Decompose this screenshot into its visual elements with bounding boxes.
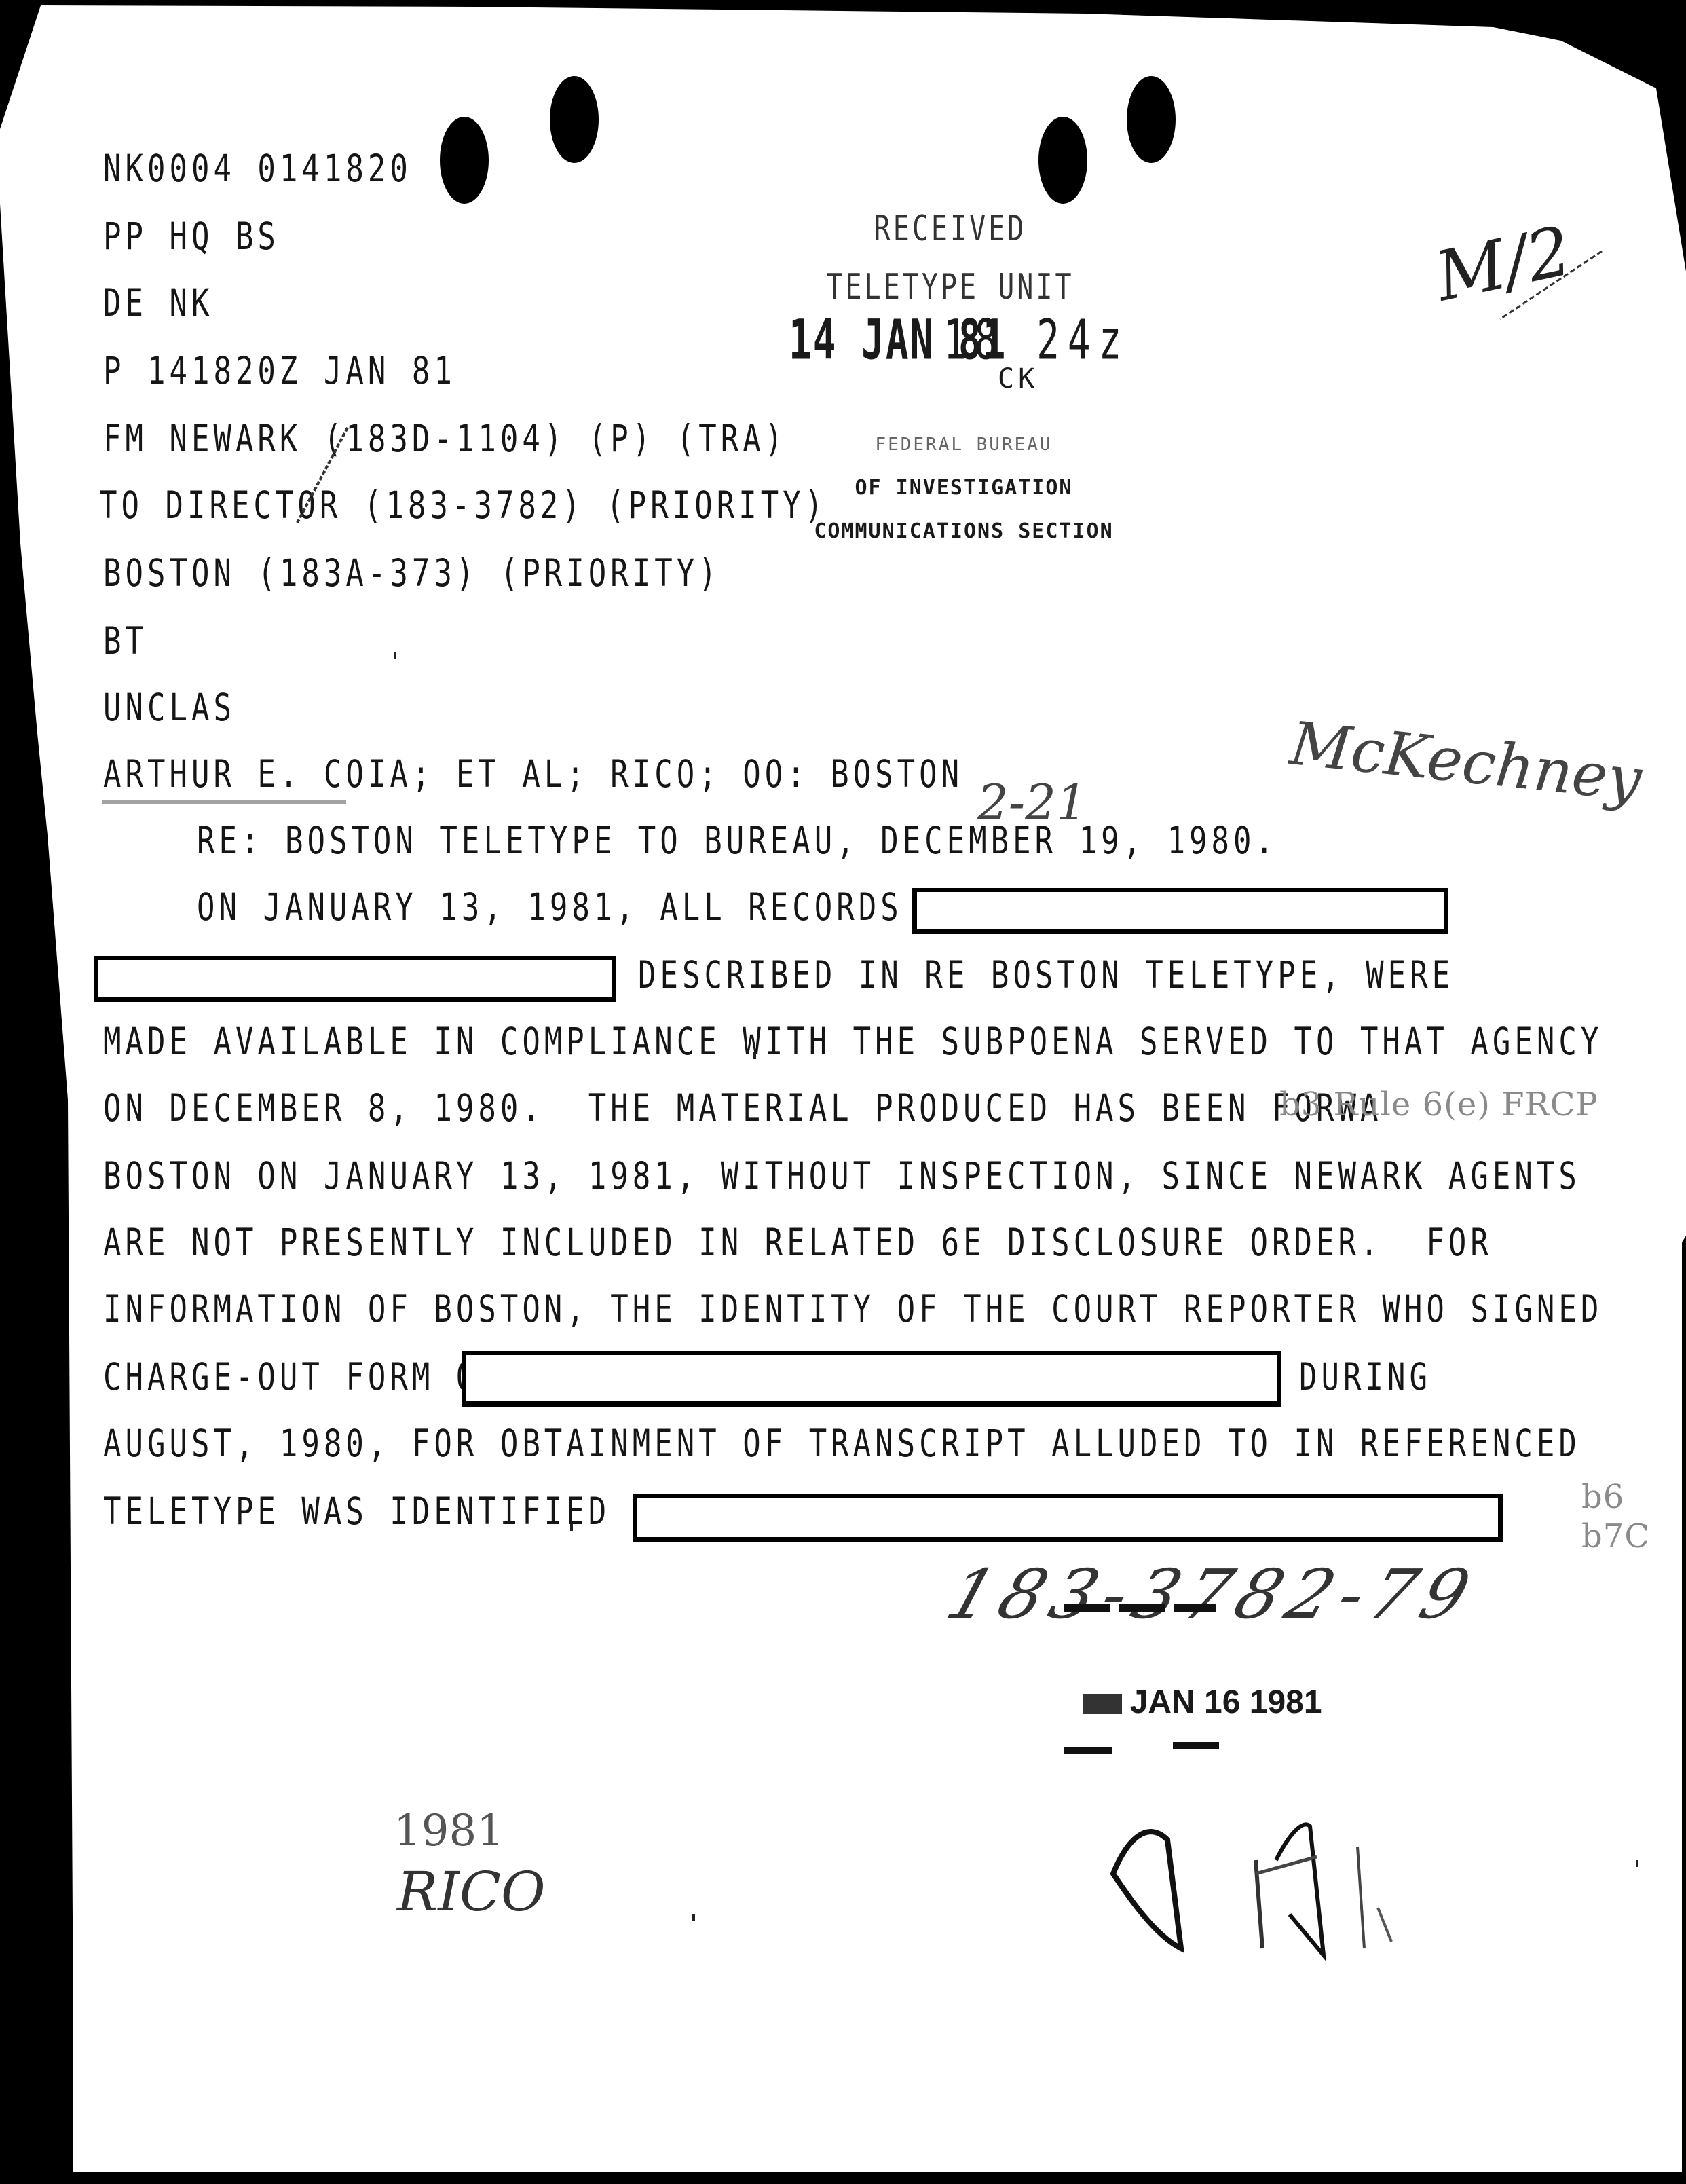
to-line-director: TO DIRECTOR (183-3782) (PRIORITY) — [99, 487, 827, 525]
handwritten-bottom-note: RICO — [397, 1860, 546, 1923]
scan-speck — [692, 1914, 695, 1921]
case-caption: ARTHUR E. COIA; ET AL; RICO; OO: BOSTON — [103, 756, 963, 794]
punch-hole — [440, 117, 489, 204]
stamp-rule — [1064, 1747, 1112, 1754]
punch-hole — [1038, 117, 1087, 204]
handwritten-bottom-date: 1981 — [394, 1806, 504, 1856]
pen-slash-mark — [285, 421, 367, 530]
body-line-3: MADE AVAILABLE IN COMPLIANCE WITH THE SU… — [103, 1024, 1603, 1061]
stamp-rule — [1174, 1604, 1216, 1612]
body-line-6: ARE NOT PRESENTLY INCLUDED IN RELATED 6E… — [103, 1225, 1493, 1262]
agency-line2: OF INVESTIGATION — [801, 478, 1127, 498]
message-id: NK0004 0141820 — [103, 151, 412, 188]
body-line-7: INFORMATION OF BOSTON, THE IDENTITY OF T… — [103, 1291, 1603, 1329]
from-line: FM NEWARK (183D-1104) (P) (TRA) — [103, 421, 787, 458]
agency-line1: FEDERAL BUREAU — [801, 436, 1127, 454]
body-line-5: BOSTON ON JANUARY 13, 1981, WITHOUT INSP… — [103, 1158, 1581, 1196]
classification: UNCLAS — [103, 690, 236, 727]
exemption-code-b7c: b7C — [1581, 1518, 1650, 1555]
break-marker: BT — [103, 623, 147, 661]
body-line-2: DESCRIBED IN RE BOSTON TELETYPE, WERE — [638, 957, 1454, 995]
handwritten-margin-number: 2-21 — [977, 774, 1087, 831]
stamp-rule — [1064, 1604, 1110, 1612]
body-line-10: TELETYPE WAS IDENTIFIED AS — [103, 1494, 677, 1531]
date-time-group: P 141820Z JAN 81 — [103, 353, 456, 390]
scan-speck — [1636, 1860, 1638, 1867]
punch-hole — [550, 76, 599, 163]
body-line-9: AUGUST, 1980, FOR OBTAINMENT OF TRANSCRI… — [103, 1426, 1581, 1463]
handwritten-file-serial: 183-3782-79 — [937, 1555, 1487, 1634]
pen-arrow-mark — [1486, 244, 1609, 326]
punch-hole — [1127, 76, 1176, 163]
precedence-routing: PP HQ BS — [103, 219, 280, 256]
body-line-1: ON JANUARY 13, 1981, ALL RECORDS OF — [197, 889, 969, 927]
scan-speck — [394, 652, 396, 659]
received-stamp: RECEIVED TELETYPE UNIT — [801, 193, 1100, 312]
body-line-4: ON DECEMBER 8, 1980. THE MATERIAL PRODUC… — [103, 1090, 1382, 1128]
file-date-text: JAN 16 1981 — [1130, 1684, 1322, 1720]
origin-station: DE NK — [103, 285, 213, 322]
body-line-8-after: DURING — [1299, 1359, 1431, 1396]
received-stamp-line1: RECEIVED — [801, 211, 1100, 246]
to-line-boston: BOSTON (183A-373) (PRIORITY) — [103, 555, 721, 593]
agency-stamp: FEDERAL BUREAU OF INVESTIGATION COMMUNIC… — [801, 414, 1127, 553]
scan-speck — [753, 1052, 756, 1059]
scan-speck — [570, 1524, 573, 1531]
stamp-box-icon — [1083, 1694, 1122, 1714]
received-time: 18 24z — [943, 314, 1129, 369]
agency-line3: COMMUNICATIONS SECTION — [801, 521, 1127, 542]
stamp-rule — [1119, 1604, 1165, 1612]
body-line-re: RE: BOSTON TELETYPE TO BUREAU, DECEMBER … — [197, 823, 1277, 860]
operator-initials: CK — [998, 365, 1038, 392]
redaction-box — [462, 1351, 1281, 1407]
exemption-code-b3: b3 Rule 6(e) FRCP — [1279, 1086, 1598, 1124]
redaction-box — [633, 1494, 1503, 1542]
body-line-8: CHARGE-OUT FORM OF — [103, 1359, 500, 1396]
redaction-box — [912, 888, 1448, 934]
exemption-code-b6: b6 — [1581, 1479, 1624, 1516]
file-date-stamp: JAN 16 1981 — [1064, 1654, 1322, 1719]
handwritten-bottom-initials — [1072, 1792, 1588, 1969]
redaction-box — [94, 956, 616, 1002]
stamp-rule — [1173, 1742, 1219, 1749]
caption-underline — [102, 800, 346, 804]
received-stamp-line2: TELETYPE UNIT — [801, 270, 1100, 305]
